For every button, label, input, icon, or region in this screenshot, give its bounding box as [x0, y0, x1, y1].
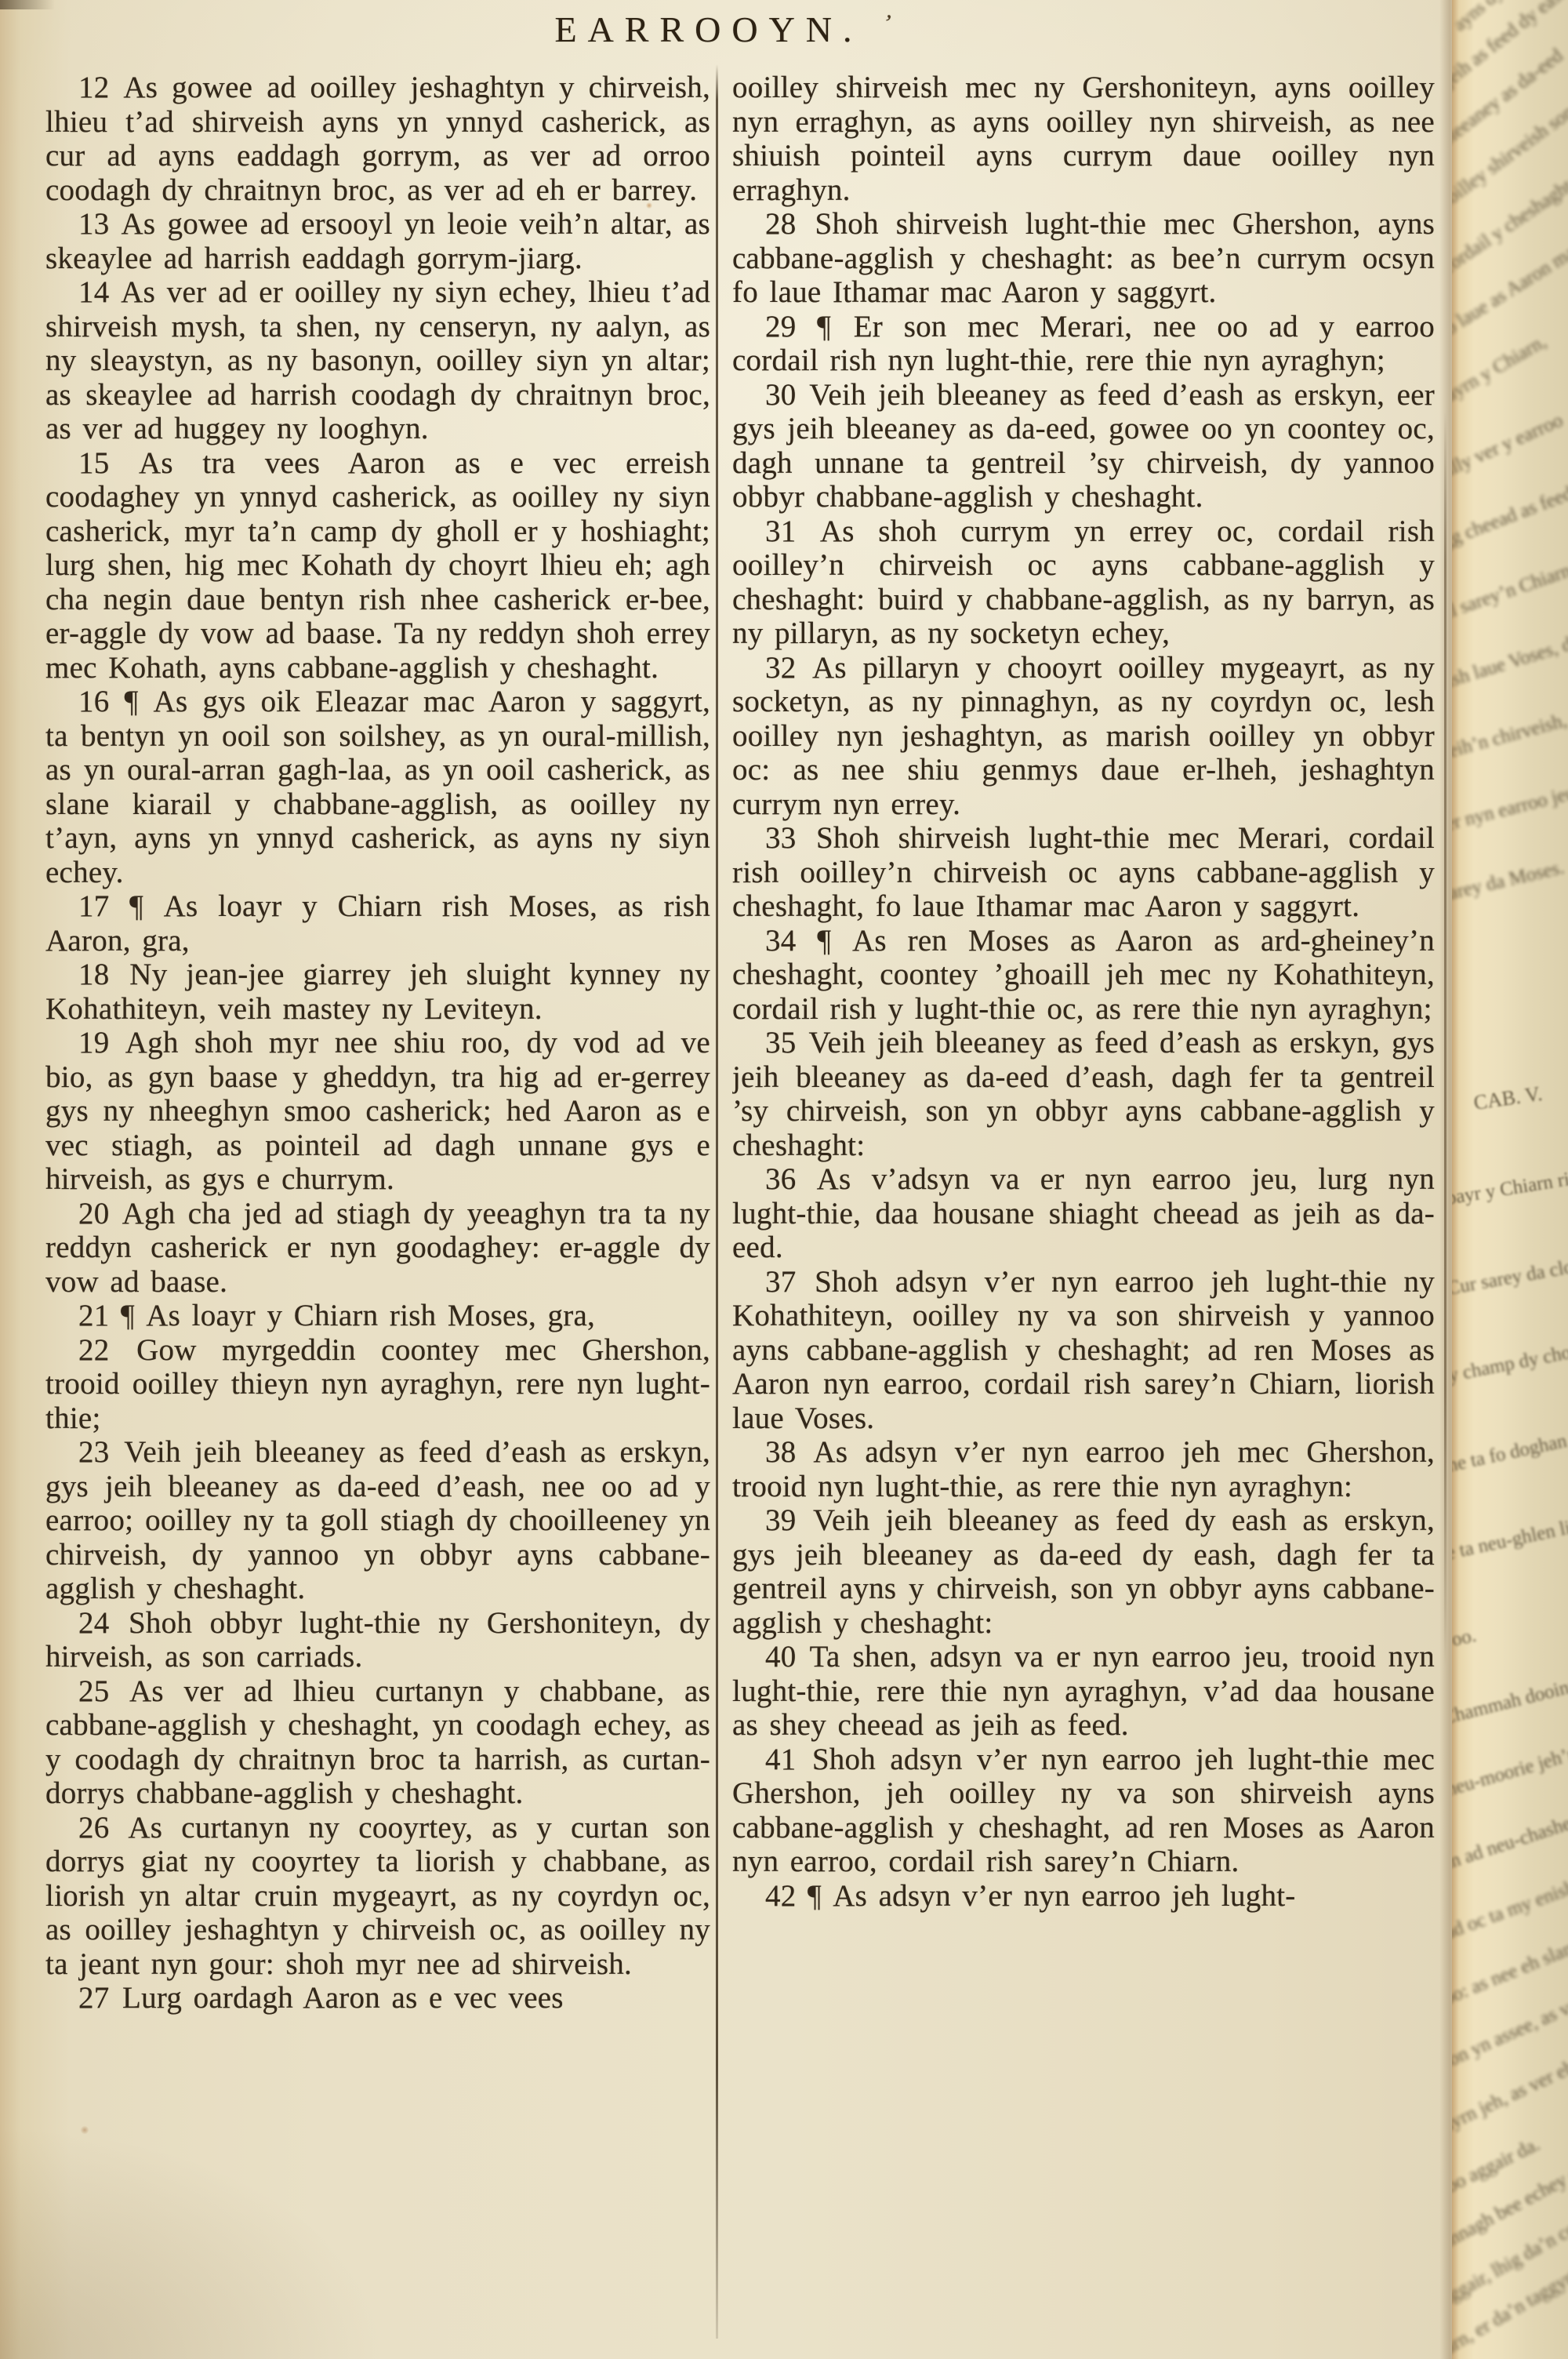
verse-number: 16 ¶: [78, 685, 140, 718]
facing-page-text-fragment: arey da Moses.: [1452, 856, 1566, 904]
facing-page-text-fragment: oo.: [1452, 1625, 1478, 1652]
verse-number: 19: [78, 1026, 111, 1060]
facing-page-text-fragment: ane ta fo doghan ver-foll: [1452, 1417, 1568, 1479]
facing-page-text-fragment: er nyn earroo jeu: [1452, 782, 1568, 835]
verse-12: 12 As gowee ad ooilley jeshaghtyn y chir…: [45, 71, 710, 207]
page-title-text: EARROOYN.: [554, 9, 862, 49]
verse-36: 36 As v’adsyn va er nyn earroo jeu, lurg…: [732, 1162, 1435, 1265]
text-column-right: ooilley shirveish mec ny Gershoniteyn, a…: [732, 71, 1435, 2359]
page-title: EARROOYN.’: [0, 9, 1446, 51]
verse-27-continuation: ooilley shirveish mec ny Gershoniteyn, a…: [732, 71, 1435, 207]
facing-page-text-fragment: an ad neu-chasherickey: [1452, 1797, 1568, 1875]
verse-number: 37: [765, 1265, 798, 1299]
verse-32: 32 As pillaryn y chooyrt ooilley mygeayr…: [732, 651, 1435, 822]
facing-page-text-fragment: s y champ dy chooilley lour: [1452, 1326, 1568, 1390]
verse-number: 27: [78, 1981, 111, 2015]
verse-number: 28: [765, 207, 798, 241]
verse-number: 40: [765, 1640, 798, 1674]
verse-18: 18 Ny jean-jee giarrey jeh sluight kynne…: [45, 958, 710, 1026]
ink-speck: ’: [880, 9, 894, 38]
verse-15: 15 As tra vees Aaron as e vec erreish co…: [45, 446, 710, 685]
verse-number: 25: [78, 1674, 111, 1708]
verse-40: 40 Ta shen, adsyn va er nyn earroo jeu, …: [732, 1640, 1435, 1743]
verse-number: 20: [78, 1197, 111, 1230]
verse-number: 15: [78, 446, 111, 480]
facing-page-text-fragment: ayrn y Chiarn,: [1452, 331, 1550, 406]
facing-page-text-fragment: veih’n chirveish, as cord: [1452, 694, 1568, 765]
facing-page-fore-edge: ayns dy feedjeih as feed dy eashbleeaney…: [1452, 0, 1568, 2359]
verse-30: 30 Veih jeih bleeaney as feed d’eash as …: [732, 378, 1435, 514]
verse-number: 24: [78, 1606, 111, 1640]
verse-number: 34 ¶: [765, 924, 833, 958]
verse-number: 26: [78, 1811, 111, 1845]
facing-page-text-fragment: gg cheead as feed: [1452, 483, 1568, 554]
verse-29: 29 ¶ Er son mec Merari, nee oo ad y earr…: [732, 310, 1435, 378]
verse-number: 21 ¶: [78, 1299, 136, 1332]
facing-page-text-fragment: oo: as nee eh slane: [1452, 1935, 1568, 2010]
verse-27: 27 Lurg oardagh Aaron as e vec vees: [45, 1981, 710, 2016]
verse-21: 21 ¶ As loayr y Chiarn rish Moses, gra,: [45, 1299, 710, 1333]
facing-page-text-fragment: il sarey’n Chiarn: [1452, 560, 1568, 623]
facing-page-text-fragment: CAB. V.: [1472, 1082, 1544, 1115]
verse-20: 20 Agh cha jed ad stiagh dy yeeaghyn tra…: [45, 1197, 710, 1299]
verse-number: 13: [78, 207, 111, 241]
verse-number: 36: [765, 1162, 798, 1196]
verse-16: 16 ¶ As gys oik Eleazar mac Aaron y sagg…: [45, 685, 710, 889]
verse-22: 22 Gow myrgeddin coontey mec Ghershon, t…: [45, 1333, 710, 1436]
verse-41: 41 Shoh adsyn v’er nyn earroo jeh lught-…: [732, 1743, 1435, 1879]
verse-25: 25 As ver ad lhieu curtanyn y chabbane, …: [45, 1674, 710, 1811]
verse-17: 17 ¶ As loayr y Chiarn rish Moses, as ri…: [45, 889, 710, 958]
verse-number: 38: [765, 1435, 798, 1469]
verse-13: 13 As gowee ad ersooyl yn leoie veih’n a…: [45, 207, 710, 275]
verse-37: 37 Shoh adsyn v’er nyn earroo jeh lught-…: [732, 1265, 1435, 1436]
verse-14: 14 As ver ad er ooilley ny siyn echey, l…: [45, 275, 710, 446]
verse-number: 12: [78, 71, 111, 104]
verse-number: 23: [78, 1435, 111, 1469]
verse-number: 17 ¶: [78, 889, 145, 923]
facing-page-text-fragment: loayr y Chiarn rish Moses: [1452, 1158, 1568, 1211]
facing-page-text-fragment: Chammah dooinney as ben: [1452, 1657, 1568, 1730]
facing-page-text-fragment: ally ver y earroo: [1452, 409, 1566, 482]
verse-31: 31 As shoh currym yn errey oc, cordail r…: [732, 514, 1435, 651]
verse-34: 34 ¶ As ren Moses as Aaron as ard-gheine…: [732, 924, 1435, 1027]
verse-number: 30: [765, 378, 798, 412]
verse-number: 18: [78, 958, 111, 991]
column-divider-rule: [716, 64, 718, 2339]
text-column-left: 12 As gowee ad ooilley jeshaghtyn y chir…: [45, 71, 710, 2359]
right-margin-rule: [1444, 412, 1446, 1667]
verse-23: 23 Veih jeih bleeaney as feed d’eash as …: [45, 1435, 710, 1606]
verse-number: 35: [765, 1026, 798, 1060]
verse-number: 29 ¶: [765, 310, 833, 343]
verse-number: 14: [78, 275, 111, 309]
verse-33: 33 Shoh shirveish lught-thie mec Merari,…: [732, 821, 1435, 924]
verse-number: 41: [765, 1743, 798, 1776]
verse-number: 32: [765, 651, 798, 685]
verse-number: 31: [765, 514, 798, 548]
verse-number: 39: [765, 1503, 798, 1537]
verse-19: 19 Agh shoh myr nee shiu roo, dy vod ad …: [45, 1026, 710, 1197]
verse-number: 33: [765, 821, 798, 855]
facing-page-text-fragment: Cur sarey da cloan Isr: [1452, 1249, 1568, 1300]
verse-number: 22: [78, 1333, 111, 1367]
facing-page-text-fragment: sheu-moorie jeh’n champ v: [1452, 1723, 1568, 1804]
verse-24: 24 Shoh obbyr lught-thie ny Gershoniteyn…: [45, 1606, 710, 1674]
verse-38: 38 As adsyn v’er nyn earroo jeh mec Gher…: [732, 1435, 1435, 1503]
facing-page-text-fragment: ad oc ta my enish.: [1452, 1875, 1568, 1944]
facing-page-text-fragment: ee ta neu-ghlen liorish hontyn: [1452, 1496, 1568, 1566]
verse-28: 28 Shoh shirveish lught-thie mec Ghersho…: [732, 207, 1435, 310]
facing-page-text-fragment: rish laue Voses, dagh: [1452, 625, 1568, 694]
verse-number: 42 ¶: [765, 1879, 823, 1913]
verse-42: 42 ¶ As adsyn v’er nyn earroo jeh lught-: [732, 1879, 1435, 1914]
verse-35: 35 Veih jeih bleeaney as feed d’eash as …: [732, 1026, 1435, 1162]
verse-39: 39 Veih jeih bleeaney as feed dy eash as…: [732, 1503, 1435, 1640]
scanned-book-page: EARROOYN.’ 12 As gowee ad ooilley jeshag…: [0, 0, 1568, 2359]
verse-26: 26 As curtanyn ny cooyrtey, as y curtan …: [45, 1811, 710, 1982]
